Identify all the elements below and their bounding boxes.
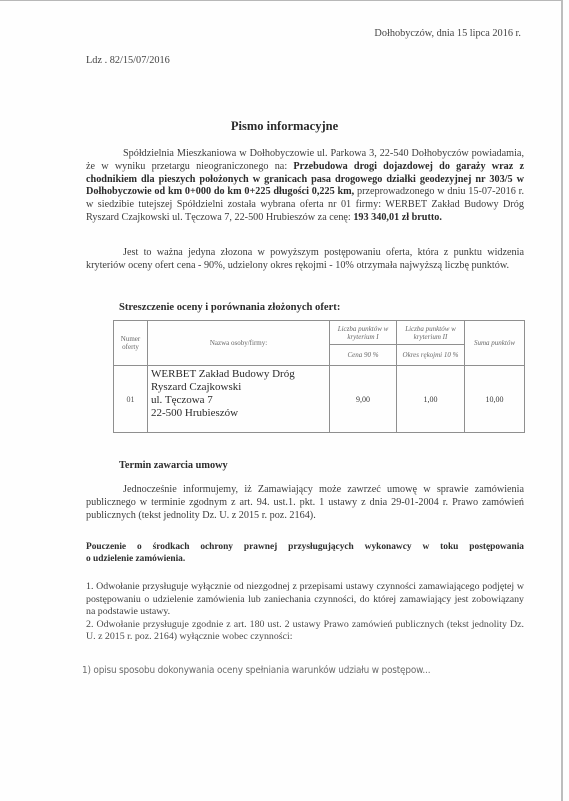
contract-term-paragraph: Jednocześnie informujemy, iż Zamawiający… [86,484,524,522]
legal-notice-heading-line2: o udzielenie zamówienia. [86,554,185,564]
legal-item-2: 2. Odwołanie przysługuje zgodnie z art. … [86,619,524,644]
contract-term-heading: Termin zawarcia umowy [119,460,228,471]
document-title: Pismo informacyjne [0,119,569,134]
firm-line: ul. Tęczowa 7 [151,394,329,407]
evaluation-text: Jest to ważna jedyna złozona w powyższym… [86,247,524,271]
legal-notice-heading-line1: Pouczenie o środkach ochrony prawnej prz… [86,541,524,553]
paragraph-evaluation: Jest to ważna jedyna złozona w powyższym… [86,247,524,273]
criterion-1-points: 9,00 [330,366,397,433]
total-points: 10,00 [465,366,525,433]
summary-title: Streszczenie oceny i porównania złożonyc… [119,302,340,313]
header-price-weight: Cena 90 % [330,345,397,366]
table-row: 01 WERBET Zakład Budowy Dróg Ryszard Cza… [114,366,525,433]
header-total-points: Suma punktów [465,321,525,366]
legal-item-1: 1. Odwołanie przysługuje wyłącznie od ni… [86,581,524,619]
contract-term-text: Jednocześnie informujemy, iż Zamawiający… [86,484,524,521]
header-offer-number: Numer oferty [114,321,148,366]
firm-line: WERBET Zakład Budowy Dróg [151,368,329,381]
firm-name: WERBET Zakład Budowy Dróg Ryszard Czajko… [148,366,330,433]
header-criterion-2: Liczba punktów w kryterium II [397,321,465,345]
legal-notice-heading: Pouczenie o środkach ochrony prawnej prz… [86,541,524,565]
legal-item-3-partial: 1) opisu sposobu dokonywania oceny spełn… [82,665,430,676]
reference-number: Ldz . 82/15/07/2016 [86,55,170,66]
firm-line: Ryszard Czajkowski [151,381,329,394]
firm-line: 22-500 Hrubieszów [151,407,329,420]
header-firm-name: Nazwa osoby/firmy: [148,321,330,366]
paragraph-award-info: Spółdzielnia Mieszkaniowa w Dołhobyczowi… [86,148,524,225]
price-text: 193 340,01 zł brutto. [353,212,442,223]
header-warranty-weight: Okres rękojmi 10 % [397,345,465,366]
header-criterion-1: Liczba punktów w kryterium I [330,321,397,345]
offers-table: Numer oferty Nazwa osoby/firmy: Liczba p… [113,320,525,433]
criterion-2-points: 1,00 [397,366,465,433]
place-date: Dołhobyczów, dnia 15 lipca 2016 r. [374,28,521,39]
offer-number: 01 [114,366,148,433]
legal-notice-items: 1. Odwołanie przysługuje wyłącznie od ni… [86,581,524,644]
